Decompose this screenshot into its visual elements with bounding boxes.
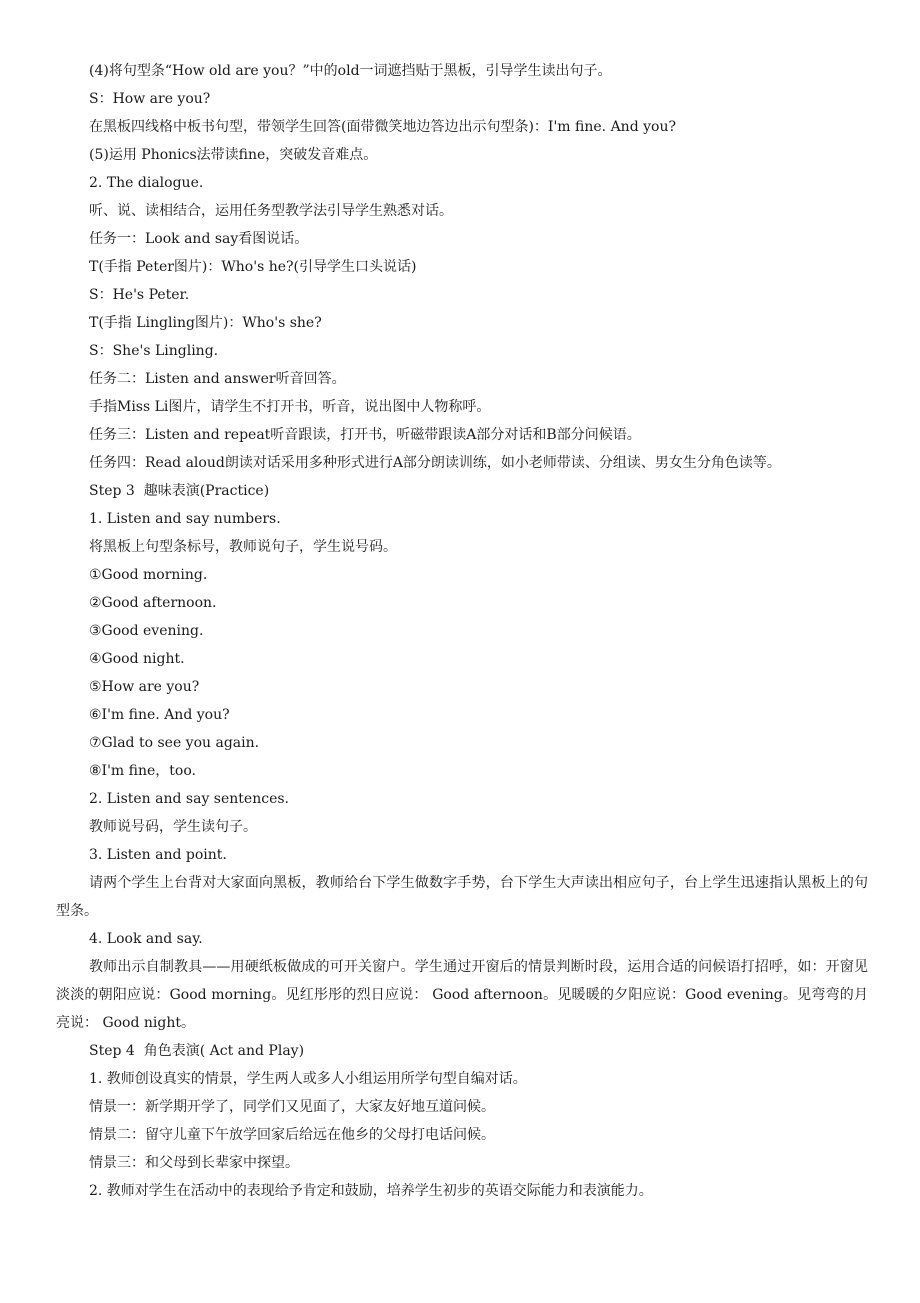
document-page: (4)将句型条“How old are you？”中的old一词遮挡贴于黑板，引… (56, 57, 868, 1205)
paragraph-dialogue-heading: 2. The dialogue. (56, 169, 868, 197)
paragraph-practice-4-desc: 教师出示自制教具——用硬纸板做成的可开关窗户。学生通过开窗后的情景判断时段，运用… (56, 953, 868, 1037)
paragraph-task-2: 任务二：Listen and answer听音回答。 (56, 365, 868, 393)
paragraph-practice-1: 1. Listen and say numbers. (56, 505, 868, 533)
paragraph-task-3: 任务三：Listen and repeat听音跟读，打开书，听磁带跟读A部分对话… (56, 421, 868, 449)
paragraph-miss-li: 手指Miss Li图片，请学生不打开书，听音，说出图中人物称呼。 (56, 393, 868, 421)
list-item-sentence-6: ⑥I'm fine. And you? (56, 701, 868, 729)
list-item-sentence-5: ⑤How are you? (56, 673, 868, 701)
paragraph-practice-4: 4. Look and say. (56, 925, 868, 953)
list-item-sentence-7: ⑦Glad to see you again. (56, 729, 868, 757)
paragraph-student-peter: S：He's Peter. (56, 281, 868, 309)
paragraph-practice-3: 3. Listen and point. (56, 841, 868, 869)
paragraph-task-4: 任务四：Read aloud朗读对话采用多种形式进行A部分朗读训练，如小老师带读… (56, 449, 868, 477)
paragraph-dialogue-intro: 听、说、读相结合，运用任务型教学法引导学生熟悉对话。 (56, 197, 868, 225)
paragraph-student-response: S：How are you? (56, 85, 868, 113)
paragraph-scenario-1: 情景一：新学期开学了，同学们又见面了，大家友好地互道问候。 (56, 1093, 868, 1121)
heading-step-3: Step 3 趣味表演(Practice) (56, 477, 868, 505)
paragraph-phonics: (5)运用 Phonics法带读fine，突破发音难点。 (56, 141, 868, 169)
paragraph-practice-2: 2. Listen and say sentences. (56, 785, 868, 813)
paragraph-teacher-peter: T(手指 Peter图片)：Who's he?(引导学生口头说话) (56, 253, 868, 281)
paragraph-teacher-lingling: T(手指 Lingling图片)：Who's she? (56, 309, 868, 337)
paragraph-board-writing: 在黑板四线格中板书句型，带领学生回答(面带微笑地边答边出示句型条)：I'm fi… (56, 113, 868, 141)
list-item-sentence-2: ②Good afternoon. (56, 589, 868, 617)
list-item-sentence-8: ⑧I'm fine，too. (56, 757, 868, 785)
paragraph-practice-3-desc: 请两个学生上台背对大家面向黑板，教师给台下学生做数字手势，台下学生大声读出相应句… (56, 869, 868, 925)
paragraph-step2-item4: (4)将句型条“How old are you？”中的old一词遮挡贴于黑板，引… (56, 57, 868, 85)
paragraph-scenario-3: 情景三：和父母到长辈家中探望。 (56, 1149, 868, 1177)
paragraph-scenario-2: 情景二：留守儿童下午放学回家后给远在他乡的父母打电话问候。 (56, 1121, 868, 1149)
list-item-sentence-4: ④Good night. (56, 645, 868, 673)
heading-step-4: Step 4 角色表演( Act and Play) (56, 1037, 868, 1065)
paragraph-practice-1-desc: 将黑板上句型条标号，教师说句子，学生说号码。 (56, 533, 868, 561)
paragraph-act-2: 2. 教师对学生在活动中的表现给予肯定和鼓励，培养学生初步的英语交际能力和表演能… (56, 1177, 868, 1205)
list-item-sentence-1: ①Good morning. (56, 561, 868, 589)
paragraph-student-lingling: S：She's Lingling. (56, 337, 868, 365)
paragraph-task-1: 任务一：Look and say看图说话。 (56, 225, 868, 253)
paragraph-practice-2-desc: 教师说号码，学生读句子。 (56, 813, 868, 841)
list-item-sentence-3: ③Good evening. (56, 617, 868, 645)
paragraph-act-1: 1. 教师创设真实的情景，学生两人或多人小组运用所学句型自编对话。 (56, 1065, 868, 1093)
